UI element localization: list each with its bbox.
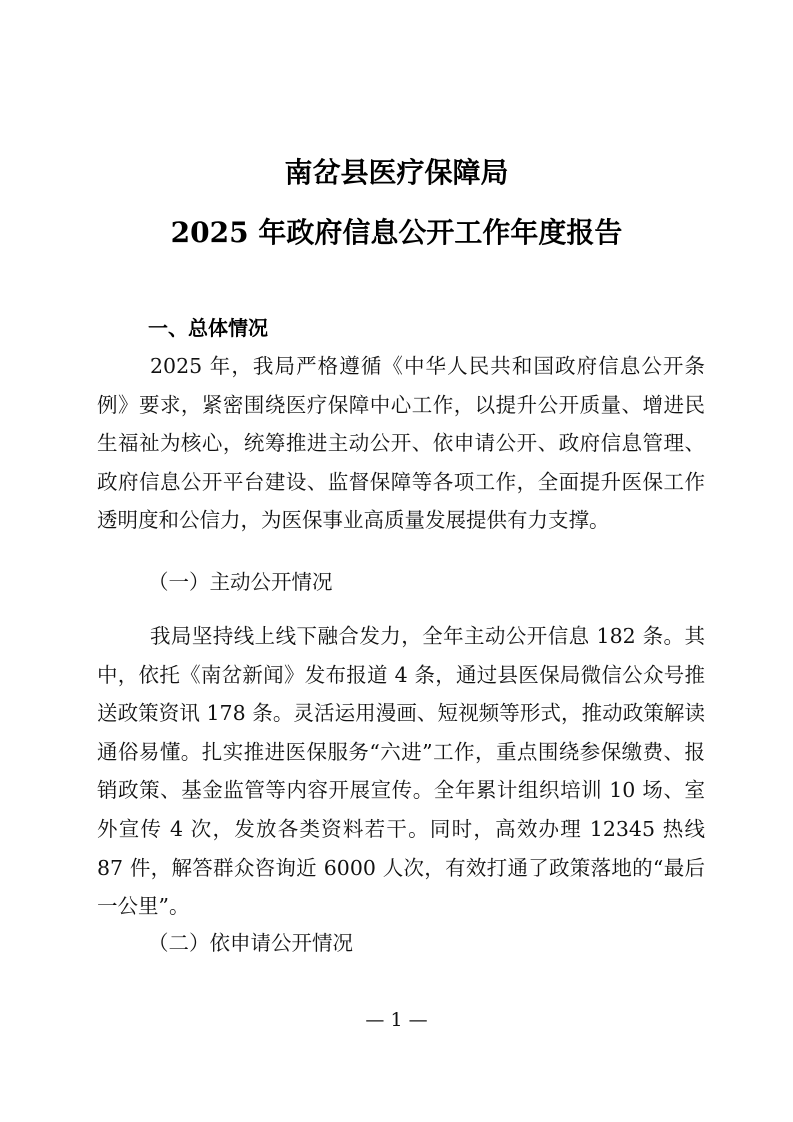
document-title-report: 2025 年政府信息公开工作年度报告 — [0, 216, 793, 250]
document-title-organization: 南岔县医疗保障局 — [0, 156, 793, 190]
active-disclosure-paragraph-text: 我局坚持线上线下融合发力，全年主动公开信息 182 条。其中，依托《南岔新闻》发… — [97, 617, 705, 926]
overview-paragraph-text: 2025 年，我局严格遵循《中华人民共和国政府信息公开条例》要求，紧密围绕医疗保… — [97, 347, 705, 540]
page-number: — 1 — — [0, 1008, 793, 1032]
section-heading-overview: 一、总体情况 — [148, 311, 268, 345]
document-page: 南岔县医疗保障局 2025 年政府信息公开工作年度报告 一、总体情况 2025 … — [0, 0, 793, 1122]
active-disclosure-paragraph: 我局坚持线上线下融合发力，全年主动公开信息 182 条。其中，依托《南岔新闻》发… — [97, 617, 705, 926]
subsection-heading-application-disclosure: （二）依申请公开情况 — [148, 926, 353, 960]
overview-paragraph: 2025 年，我局严格遵循《中华人民共和国政府信息公开条例》要求，紧密围绕医疗保… — [97, 347, 705, 540]
subsection-heading-active-disclosure: （一）主动公开情况 — [148, 565, 333, 599]
